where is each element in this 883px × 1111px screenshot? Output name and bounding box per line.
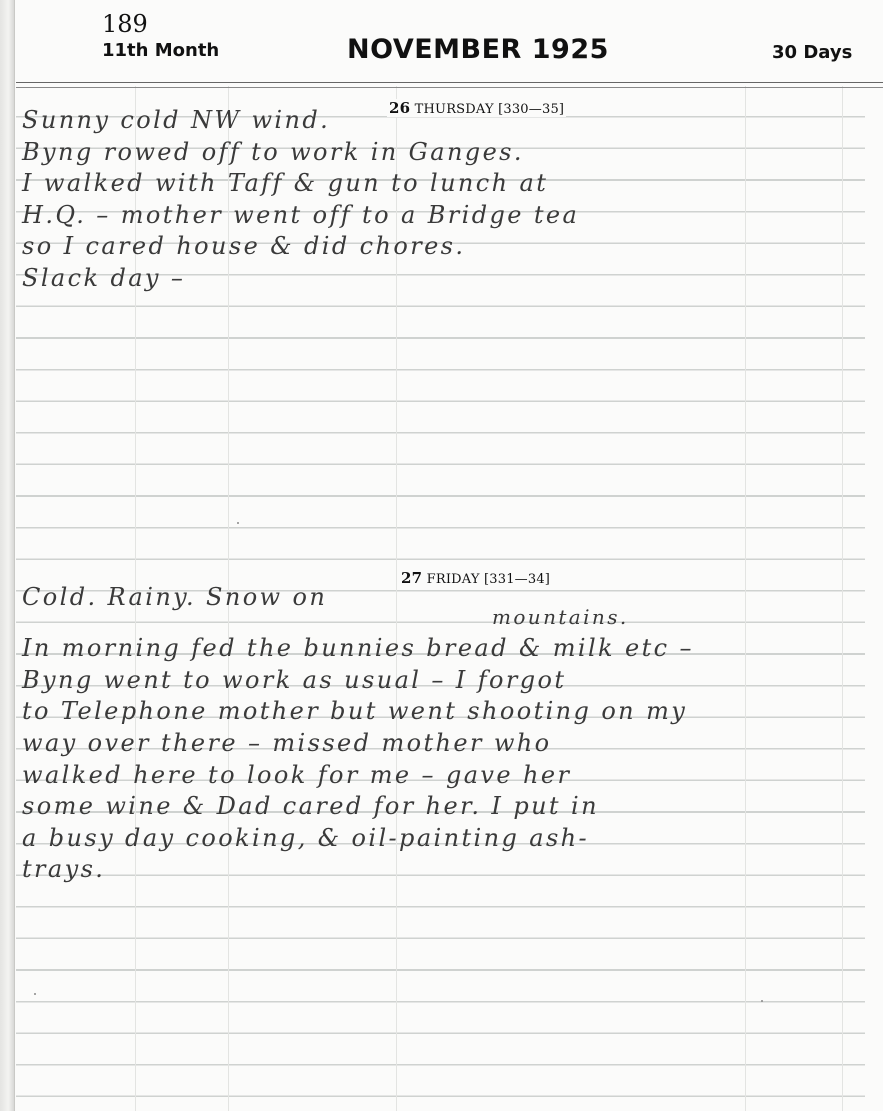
entry-line: walked here to look for me – gave her (22, 760, 872, 792)
ink-speck (34, 993, 36, 995)
diary-page: 189 11th Month NOVEMBER 1925 30 Days 26 … (0, 0, 883, 1111)
days-count: 30 Days (772, 42, 852, 63)
header-double-rule (16, 82, 883, 88)
page-number: 189 (102, 10, 148, 38)
ink-speck (761, 1000, 763, 1002)
entry-line: Byng rowed off to work in Ganges. (22, 137, 872, 169)
entry-line: Slack day – (22, 263, 872, 295)
month-ordinal: 11th Month (102, 40, 219, 61)
entry-line: to Telephone mother but went shooting on… (22, 696, 872, 728)
entry-line: a busy day cooking, & oil-painting ash- (22, 823, 872, 855)
entry-line: H.Q. – mother went off to a Bridge tea (22, 200, 872, 232)
entry-line: Byng went to work as usual – I forgot (22, 665, 872, 697)
diary-entry-27: Cold. Rainy. Snow on mountains. In morni… (22, 582, 872, 886)
ink-speck (237, 522, 239, 524)
entry-line: some wine & Dad cared for her. I put in (22, 791, 872, 823)
entry-line: In morning fed the bunnies bread & milk … (22, 633, 872, 665)
entry-line: trays. (22, 854, 872, 886)
page-binding-edge (0, 0, 15, 1111)
entry-line: so I cared house & did chores. (22, 231, 872, 263)
month-title: NOVEMBER 1925 (347, 34, 609, 65)
diary-entry-26: Sunny cold NW wind. Byng rowed off to wo… (22, 105, 872, 295)
entry-line: way over there – missed mother who (22, 728, 872, 760)
entry-line: Sunny cold NW wind. (22, 105, 872, 137)
entry-line: I walked with Taff & gun to lunch at (22, 168, 872, 200)
